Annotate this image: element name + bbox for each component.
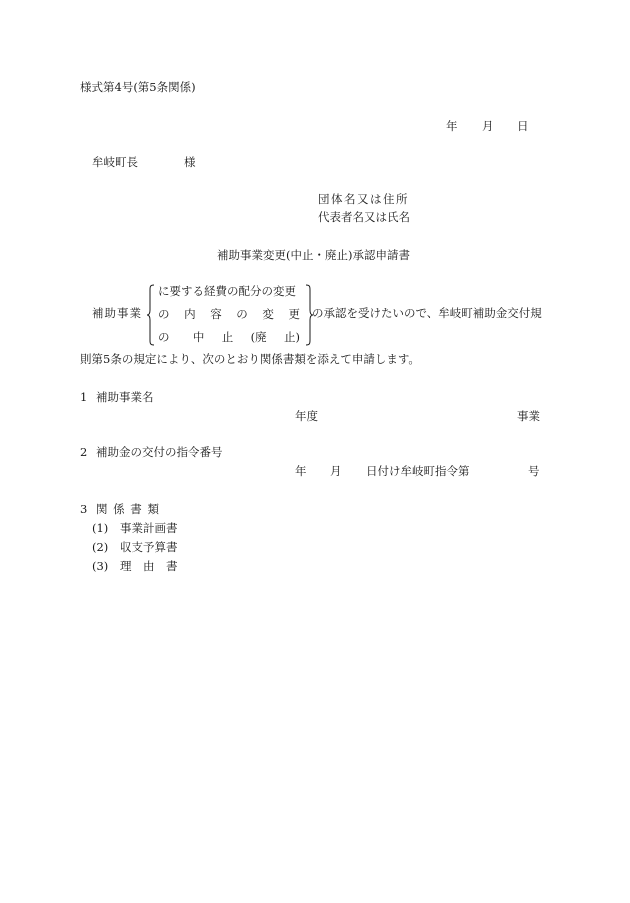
date-month-label: 月 (482, 121, 494, 133)
section-3-item-1-label: (1) (92, 523, 108, 535)
options-brace-group: に要する経費の配分の変更 の 内 容 の 変 更 の 中 止 (廃 止) (146, 284, 314, 346)
section-1-project-label: 事業 (517, 411, 540, 423)
section-3-item-2-label: (2) (92, 542, 108, 554)
date-year-label: 年 (446, 121, 458, 133)
section-3-number: 3 (80, 504, 87, 516)
section-3-item-2-text: 収支予算書 (120, 542, 178, 554)
section-2-heading: 補助金の交付の指令番号 (96, 447, 223, 459)
option-part: の (236, 309, 248, 321)
section-2-number: 2 (80, 447, 87, 459)
section-3-item-1-text: 事業計画書 (120, 523, 178, 535)
body-subject: 補助事業 (92, 308, 142, 320)
left-brace-icon (146, 284, 156, 346)
form-label: 様式第4号(第5条関係) (80, 82, 196, 94)
option-part: 変 (262, 309, 274, 321)
option-budget-change: に要する経費の配分の変更 (158, 286, 296, 298)
section-2-directive-label: 日付け牟岐町指令第 (366, 466, 470, 478)
section-3-item-3-text: 理 由 書 (120, 561, 178, 573)
section-1-fiscal-year-label: 年度 (295, 411, 318, 423)
section-1-heading: 補助事業名 (96, 392, 154, 404)
section-3-item-3-label: (3) (92, 561, 108, 573)
option-discontinue: の 中 止 (廃 止) (158, 332, 300, 344)
addressee-name: 牟岐町長 (92, 157, 138, 169)
body-second-line: 則第5条の規定により、次のとおり関係書類を添えて申請します。 (80, 354, 420, 366)
applicant-org-address-label: 団体名又は住所 (318, 194, 409, 206)
applicant-representative-label: 代表者名又は氏名 (318, 212, 410, 224)
option-part: 容 (210, 309, 222, 321)
document-page: 様式第4号(第5条関係) 年 月 日 牟岐町長 様 団体名又は住所 代表者名又は… (0, 0, 630, 903)
option-part: 中 (193, 332, 205, 344)
section-1-number: 1 (80, 392, 87, 404)
document-title: 補助事業変更(中止・廃止)承認申請書 (217, 250, 410, 262)
section-2-month-label: 月 (330, 466, 342, 478)
section-2-year-label: 年 (295, 466, 307, 478)
section-2-number-suffix: 号 (528, 466, 540, 478)
body-continuation: の承認を受けたいので、牟岐町補助金交付規 (312, 308, 542, 320)
option-part: の (158, 332, 170, 344)
option-part: 止) (284, 332, 300, 344)
option-part: 内 (184, 309, 196, 321)
section-3-heading: 関 係 書 類 (96, 504, 160, 516)
date-day-label: 日 (517, 121, 529, 133)
option-part: 更 (288, 309, 300, 321)
addressee-honorific: 様 (184, 157, 196, 169)
option-content-change: の 内 容 の 変 更 (158, 309, 300, 321)
option-part: 止 (222, 332, 234, 344)
option-part: (廃 (251, 332, 267, 344)
option-part: の (158, 309, 170, 321)
